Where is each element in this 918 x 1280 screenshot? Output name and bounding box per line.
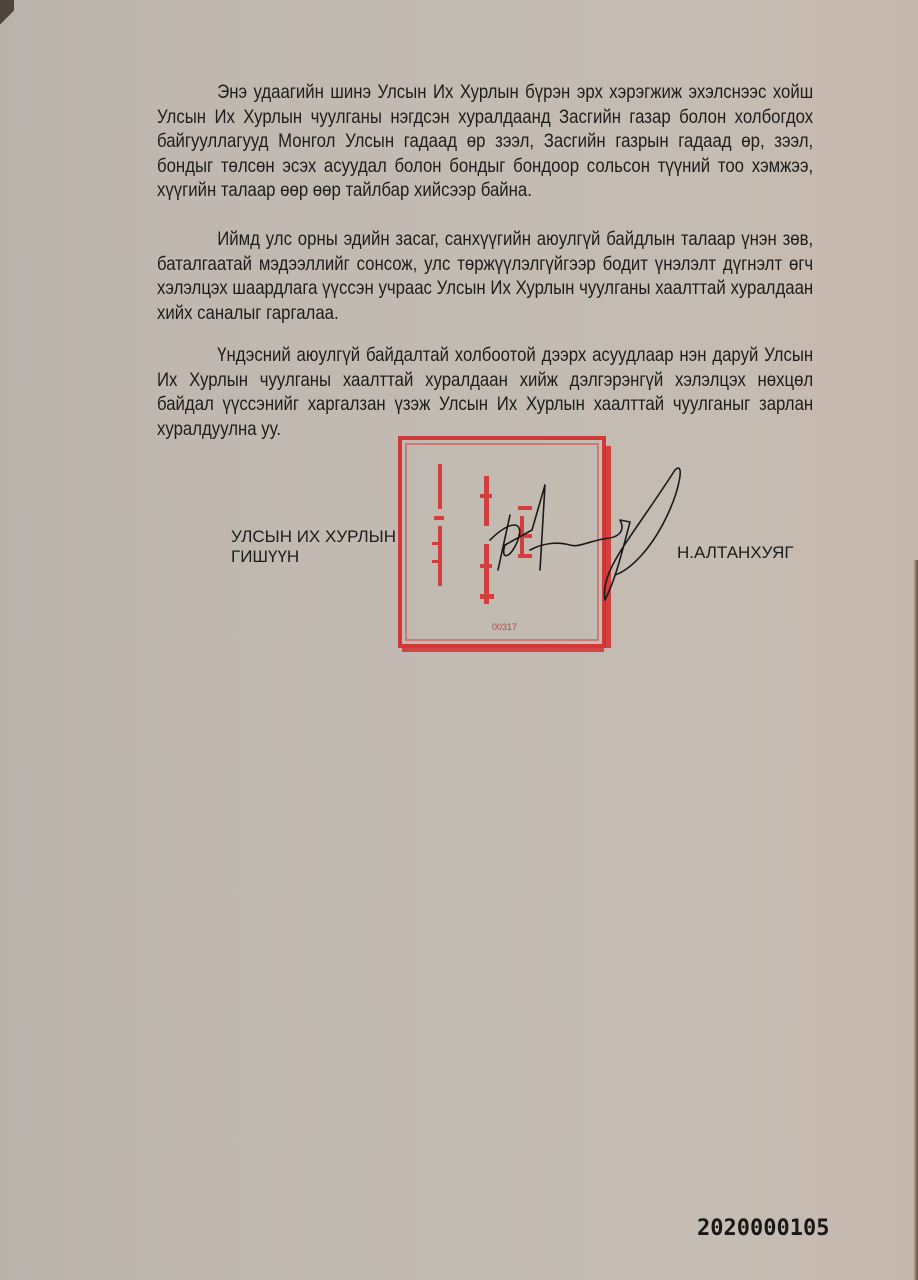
paragraph-2: Иймд улс орны эдийн засаг, санхүүгийн аю… [157, 227, 813, 325]
svg-text:00317: 00317 [492, 622, 517, 632]
signatory-title-line2: ГИШҮҮН [231, 547, 396, 567]
signatory-title-line1: УЛСЫН ИХ ХУРЛЫН [231, 527, 396, 547]
handwritten-signature-icon [470, 460, 700, 610]
paragraph-1: Энэ удаагийн шинэ Улсын Их Хурлын бүрэн … [157, 80, 813, 203]
desk-edge [913, 560, 918, 1280]
paragraph-3: Үндэсний аюулгүй байдалтай холбоотой дээ… [157, 343, 813, 441]
desk-corner [0, 0, 14, 40]
signatory-name: Н.АЛТАНХУЯГ [677, 543, 794, 563]
signatory-title: УЛСЫН ИХ ХУРЛЫН ГИШҮҮН [231, 527, 396, 567]
document-serial-number: 2020000105 [697, 1216, 829, 1241]
